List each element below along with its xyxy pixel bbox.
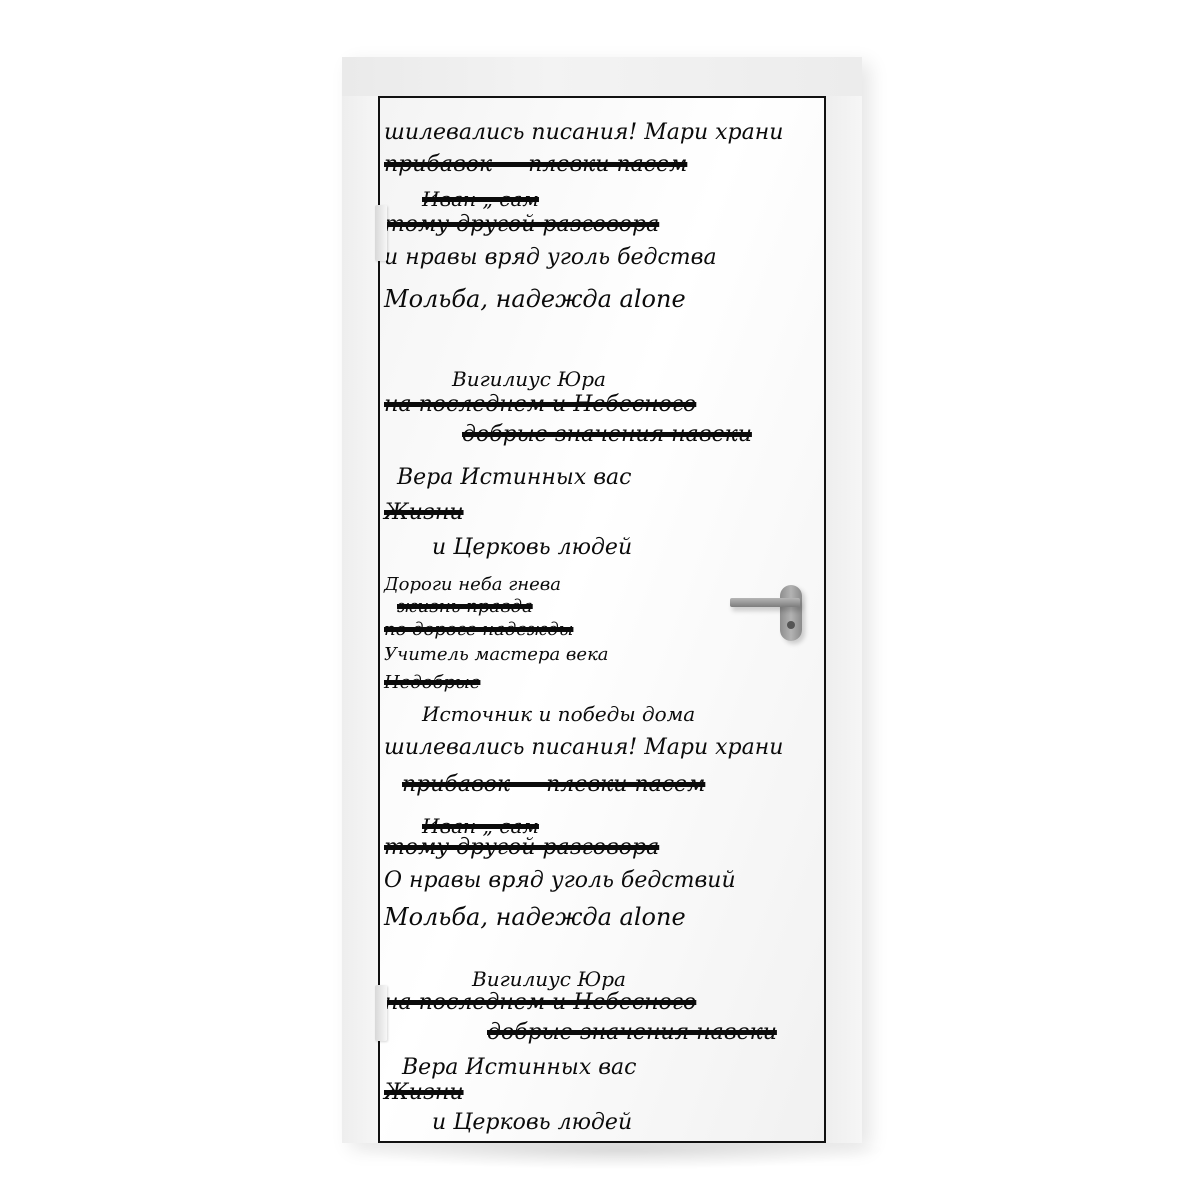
manuscript-line: и нравы вряд уголь бедства xyxy=(384,245,717,270)
manuscript-line: Дороги неба гнева xyxy=(384,574,561,595)
manuscript-line: О нравы вряд уголь бедствий xyxy=(384,868,736,893)
manuscript-line: Источник и победы дома xyxy=(422,702,695,726)
manuscript-line: Мольба, надежда alone xyxy=(384,285,686,313)
manuscript-line: и Церковь людей xyxy=(432,1110,632,1135)
door-handle-lever[interactable] xyxy=(730,598,800,607)
door-frame-left-jamb xyxy=(342,96,378,1143)
manuscript-line: тому другой разговора xyxy=(384,212,659,237)
manuscript-line: Вигилиус Юра xyxy=(452,367,606,391)
manuscript-line: Жизни xyxy=(384,1080,464,1105)
door-handle-rose xyxy=(780,585,802,641)
top-hinge-icon xyxy=(375,205,387,261)
manuscript-line: по дороге надежды xyxy=(384,619,573,640)
manuscript-line: жизнь правда xyxy=(397,596,533,617)
manuscript-line: прибавок — плевки пасем xyxy=(402,772,705,797)
door-frame-right-jamb xyxy=(826,96,862,1143)
door-leaf: шилевались писания! Мари храниприбавок —… xyxy=(378,96,826,1143)
manuscript-line: Недобрые xyxy=(384,672,480,693)
manuscript-line: Жизни xyxy=(384,500,464,525)
manuscript-line: прибавок — плевки пасем xyxy=(384,152,687,177)
manuscript-line: на последнем и Небесного xyxy=(384,392,696,417)
manuscript-line: Учитель мастера века xyxy=(384,644,609,665)
manuscript-line: шилевались писания! Мари храни xyxy=(384,735,783,760)
manuscript-line: и Церковь людей xyxy=(432,535,632,560)
keyhole-icon xyxy=(787,621,795,629)
manuscript-line: добрые значения навеки xyxy=(462,422,752,447)
manuscript-line: Вигилиус Юра xyxy=(472,967,626,991)
manuscript-line: добрые значения навеки xyxy=(487,1020,777,1045)
manuscript-line: тому другой разговора xyxy=(384,835,659,860)
manuscript-line: Иван „ сам xyxy=(422,187,539,211)
manuscript-line: Мольба, надежда alone xyxy=(384,903,686,931)
manuscript-line: Вера Истинных вас xyxy=(402,1055,636,1080)
bottom-hinge-icon xyxy=(375,985,387,1041)
manuscript-line: на последнем и Небесного xyxy=(384,990,696,1015)
manuscript-line: Вера Истинных вас xyxy=(397,465,631,490)
manuscript-line: шилевались писания! Мари храни xyxy=(384,120,783,145)
